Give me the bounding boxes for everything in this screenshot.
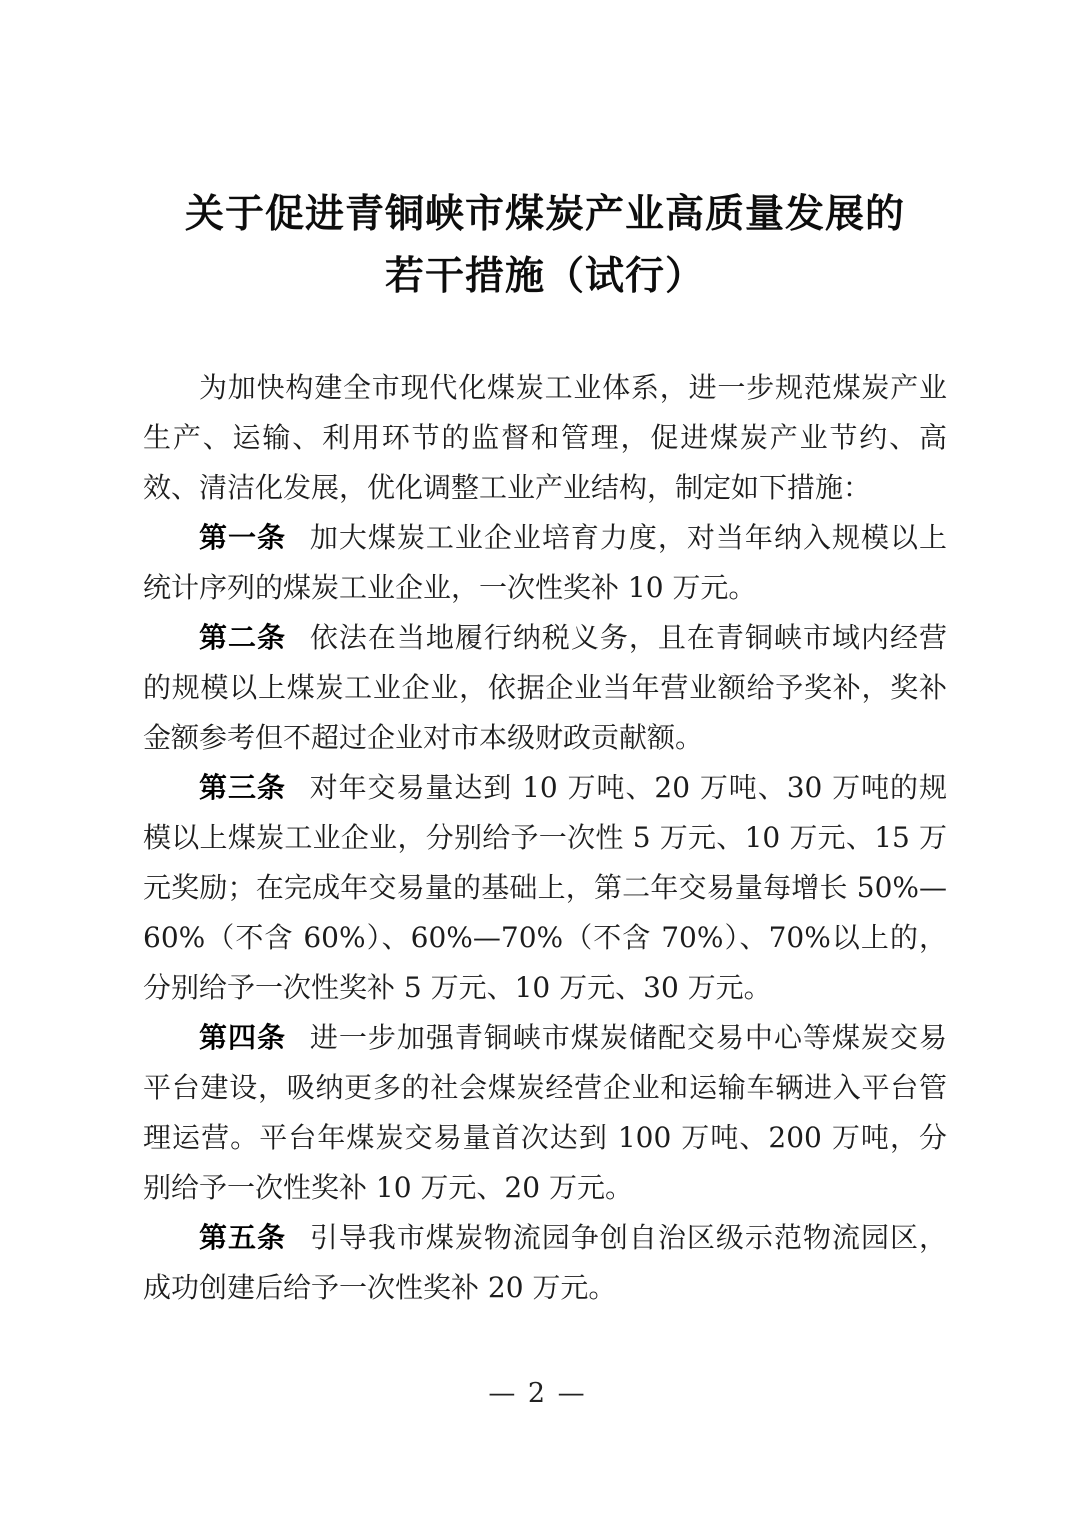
document-title: 关于促进青铜峡市煤炭产业高质量发展的 若干措施（试行） bbox=[143, 183, 947, 307]
document-body: 为加快构建全市现代化煤炭工业体系，进一步规范煤炭产业生产、运输、利用环节的监督和… bbox=[143, 363, 947, 1313]
document-title-line2: 若干措施（试行） bbox=[143, 245, 947, 307]
clause-4-label: 第四条 bbox=[199, 1021, 286, 1054]
clause-5-label: 第五条 bbox=[199, 1221, 286, 1254]
clause-1-label: 第一条 bbox=[199, 521, 286, 554]
clause-3-label: 第三条 bbox=[199, 771, 286, 804]
page-number: — 2 — bbox=[0, 1378, 1075, 1409]
clause-3-paragraph: 第三条对年交易量达到 10 万吨、20 万吨、30 万吨的规模以上煤炭工业企业，… bbox=[143, 763, 947, 1013]
clause-2-paragraph: 第二条依法在当地履行纳税义务，且在青铜峡市域内经营的规模以上煤炭工业企业，依据企… bbox=[143, 613, 947, 763]
intro-paragraph-text: 为加快构建全市现代化煤炭工业体系，进一步规范煤炭产业生产、运输、利用环节的监督和… bbox=[143, 371, 947, 504]
document-page: 关于促进青铜峡市煤炭产业高质量发展的 若干措施（试行） 为加快构建全市现代化煤炭… bbox=[0, 0, 1075, 1521]
intro-paragraph: 为加快构建全市现代化煤炭工业体系，进一步规范煤炭产业生产、运输、利用环节的监督和… bbox=[143, 363, 947, 513]
clause-2-label: 第二条 bbox=[199, 621, 286, 654]
document-content: 关于促进青铜峡市煤炭产业高质量发展的 若干措施（试行） 为加快构建全市现代化煤炭… bbox=[143, 0, 947, 1313]
clause-1-paragraph: 第一条加大煤炭工业企业培育力度，对当年纳入规模以上统计序列的煤炭工业企业，一次性… bbox=[143, 513, 947, 613]
clause-5-paragraph: 第五条引导我市煤炭物流园争创自治区级示范物流园区，成功创建后给予一次性奖补 20… bbox=[143, 1213, 947, 1313]
clause-3-text: 对年交易量达到 10 万吨、20 万吨、30 万吨的规模以上煤炭工业企业，分别给… bbox=[143, 771, 947, 1004]
document-title-line1: 关于促进青铜峡市煤炭产业高质量发展的 bbox=[143, 183, 947, 245]
clause-4-paragraph: 第四条进一步加强青铜峡市煤炭储配交易中心等煤炭交易平台建设，吸纳更多的社会煤炭经… bbox=[143, 1013, 947, 1213]
